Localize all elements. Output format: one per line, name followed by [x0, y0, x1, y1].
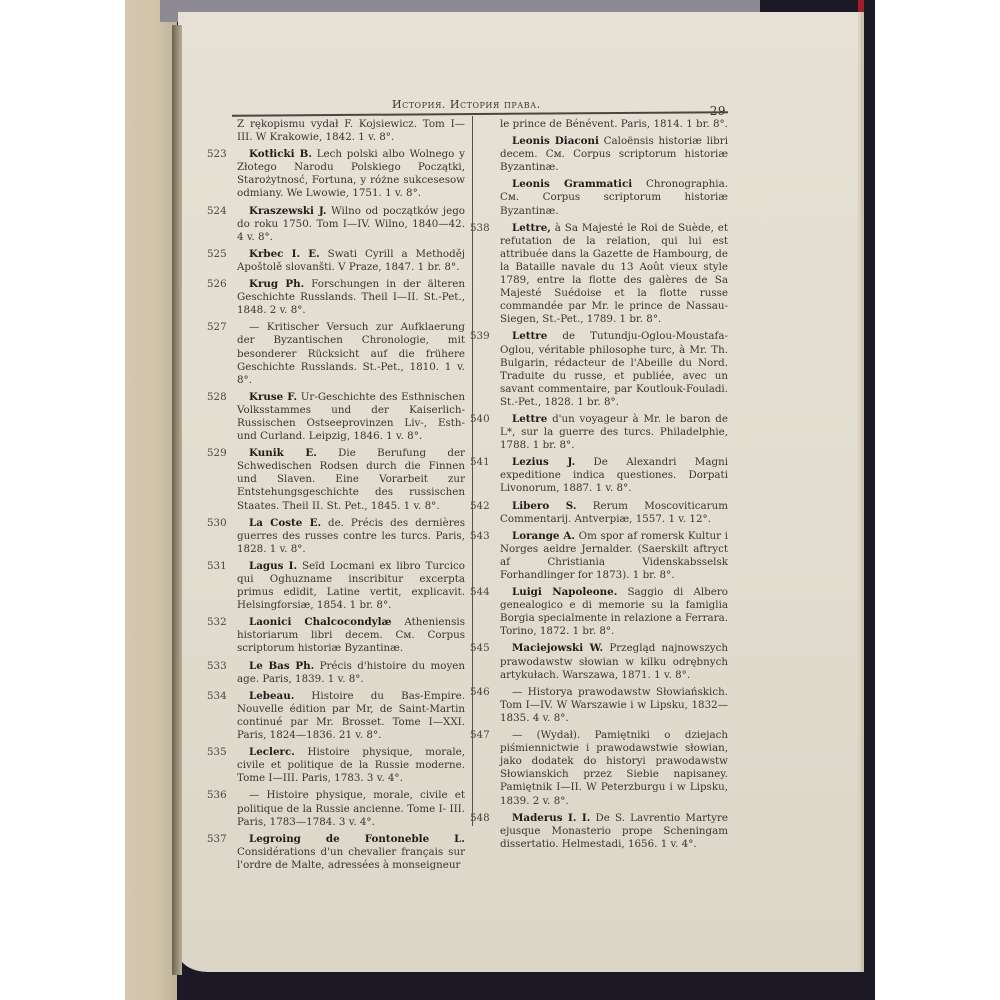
- entry-author: La Coste E.: [249, 517, 321, 529]
- entry-number: 535: [207, 746, 233, 759]
- entry-text: — Kritischer Versuch zur Aufklaerung der…: [237, 321, 465, 385]
- entry-text: Z rękopismu vydał F. Kojsiewicz. Tom I—I…: [237, 118, 465, 143]
- entry-author: Lettre: [512, 413, 547, 425]
- previous-page-edge: [125, 0, 177, 1000]
- right-column: le prince de Bénévent. Paris, 1814. 1 br…: [500, 118, 728, 855]
- entry-number: 538: [470, 222, 496, 235]
- entry-number: 536: [207, 789, 233, 802]
- entry-author: Laonici Chalcocondylæ: [249, 616, 392, 628]
- entry-author: Lezius J.: [512, 456, 575, 468]
- bibliography-entry: 534Lebeau. Histoire du Bas-Empire. Nouve…: [237, 690, 465, 742]
- bibliography-entry: 537Legroing de Fontoneble L. Considérati…: [237, 833, 465, 872]
- entry-number: 534: [207, 690, 233, 703]
- bibliography-entry: 544Luigi Napoleone. Saggio di Albero gen…: [500, 586, 728, 638]
- entry-author: Lettre,: [512, 222, 551, 234]
- bibliography-entry: 547— (Wydał). Pamiętniki o dziejach piśm…: [500, 729, 728, 808]
- bibliography-entry: 530La Coste E. de. Précis des dernières …: [237, 517, 465, 556]
- bibliography-entry: 540Lettre d'un voyageur à Mr. le baron d…: [500, 413, 728, 452]
- entry-number: 524: [207, 205, 233, 218]
- bibliography-entry: 539Lettre de Tutundju-Oglou-Moustafa-Ogl…: [500, 330, 728, 409]
- bibliography-entry: 532Laonici Chalcocondylæ Atheniensis his…: [237, 616, 465, 655]
- bibliography-entry: 529Kunik E. Die Berufung der Schwedische…: [237, 447, 465, 512]
- bibliography-entry: 526Krug Ph. Forschungen in der älteren G…: [237, 278, 465, 317]
- entry-author: Le Bas Ph.: [249, 660, 314, 672]
- entry-author: Kotłicki B.: [249, 148, 312, 160]
- entry-number: 533: [207, 660, 233, 673]
- entry-author: Libero S.: [512, 500, 576, 512]
- bibliography-entry: 524Kraszewski J. Wilno od początków jego…: [237, 205, 465, 244]
- entry-text: de Tutundju-Oglou-Moustafa-Oglou, vérita…: [500, 330, 728, 407]
- entry-number: 532: [207, 616, 233, 629]
- entry-number: 525: [207, 248, 233, 261]
- running-head: История. История права. 29: [232, 98, 728, 112]
- entry-number: 540: [470, 413, 496, 426]
- entry-author: Maderus I. I.: [512, 812, 590, 824]
- entry-text: Considérations d'un chevalier français s…: [237, 846, 465, 871]
- entry-author: Leonis Diaconi: [512, 135, 599, 147]
- entry-author: Maciejowski W.: [512, 642, 603, 654]
- bibliography-entry: 523Kotłicki B. Lech polski albo Wolnego …: [237, 148, 465, 200]
- bibliography-entry: 533Le Bas Ph. Précis d'histoire du moyen…: [237, 660, 465, 686]
- entry-number: 543: [470, 530, 496, 543]
- bibliography-entry: 525Krbec I. E. Swati Cyrill a Methoděj A…: [237, 248, 465, 274]
- bibliography-entry: 535Leclerc. Histoire physique, morale, c…: [237, 746, 465, 785]
- entry-author: Krbec I. E.: [249, 248, 320, 260]
- bibliography-entry: 538Lettre, à Sa Majesté le Roi de Suède,…: [500, 222, 728, 327]
- bibliography-entry: 528Kruse F. Ur-Geschichte des Esthnische…: [237, 391, 465, 443]
- entry-number: 546: [470, 686, 496, 699]
- entry-number: 537: [207, 833, 233, 846]
- entry-number: 542: [470, 500, 496, 513]
- entry-author: Kruse F.: [249, 391, 297, 403]
- entry-text: — (Wydał). Pamiętniki o dziejach piśmien…: [500, 729, 728, 806]
- bibliography-entry: 543Lorange A. Om spor af romersk Kultur …: [500, 530, 728, 582]
- entry-author: Kunik E.: [249, 447, 317, 459]
- entry-author: Lagus I.: [249, 560, 297, 572]
- entry-text: à Sa Majesté le Roi de Suède, et refutat…: [500, 222, 728, 326]
- entry-author: Leclerc.: [249, 746, 295, 758]
- entry-text: le prince de Bénévent. Paris, 1814. 1 br…: [500, 118, 728, 130]
- bibliography-entry: Z rękopismu vydał F. Kojsiewicz. Tom I—I…: [237, 118, 465, 144]
- entry-author: Leonis Grammatici: [512, 178, 632, 190]
- bibliography-entry: 542Libero S. Rerum Moscoviticarum Commen…: [500, 500, 728, 526]
- entry-number: 545: [470, 642, 496, 655]
- bibliography-entry: 527— Kritischer Versuch zur Aufklaerung …: [237, 321, 465, 386]
- entry-number: 531: [207, 560, 233, 573]
- entry-number: 528: [207, 391, 233, 404]
- entry-number: 539: [470, 330, 496, 343]
- entry-number: 523: [207, 148, 233, 161]
- entry-author: Legroing de Fontoneble L.: [249, 833, 465, 845]
- bibliography-entry: 548Maderus I. I. De S. Lavrentio Martyre…: [500, 812, 728, 851]
- entry-author: Lebeau.: [249, 690, 294, 702]
- bibliography-entry: 545Maciejowski W. Przegląd najnowszych p…: [500, 642, 728, 681]
- entry-number: 526: [207, 278, 233, 291]
- spine-shadow: [172, 25, 182, 975]
- entry-number: 529: [207, 447, 233, 460]
- entry-author: Lorange A.: [512, 530, 575, 542]
- entry-author: Kraszewski J.: [249, 205, 327, 217]
- left-column: Z rękopismu vydał F. Kojsiewicz. Tom I—I…: [237, 118, 465, 876]
- bibliography-entry: 536— Histoire physique, morale, civile e…: [237, 789, 465, 828]
- entry-number: 527: [207, 321, 233, 334]
- bibliography-entry: Leonis Grammatici Chronographia. См. Cor…: [500, 178, 728, 217]
- bibliography-entry: Leonis Diaconi Caloënsis historiæ libri …: [500, 135, 728, 174]
- entry-author: Krug Ph.: [249, 278, 304, 290]
- bibliography-entry: 541Lezius J. De Alexandri Magni expediti…: [500, 456, 728, 495]
- entry-author: Luigi Napoleone.: [512, 586, 617, 598]
- entry-number: 544: [470, 586, 496, 599]
- entry-number: 547: [470, 729, 496, 742]
- entry-number: 548: [470, 812, 496, 825]
- entry-text: — Histoire physique, morale, civile et p…: [237, 789, 465, 827]
- running-head-title: История. История права.: [392, 98, 541, 111]
- entry-number: 541: [470, 456, 496, 469]
- bibliography-entry: 546— Historya prawodawstw Słowiańskich. …: [500, 686, 728, 725]
- entry-author: Lettre: [512, 330, 547, 342]
- bibliography-entry: le prince de Bénévent. Paris, 1814. 1 br…: [500, 118, 728, 131]
- entry-number: 530: [207, 517, 233, 530]
- entry-text: — Historya prawodawstw Słowiańskich. Tom…: [500, 686, 728, 724]
- bibliography-entry: 531Lagus I. Seïd Locmani ex libro Turcic…: [237, 560, 465, 612]
